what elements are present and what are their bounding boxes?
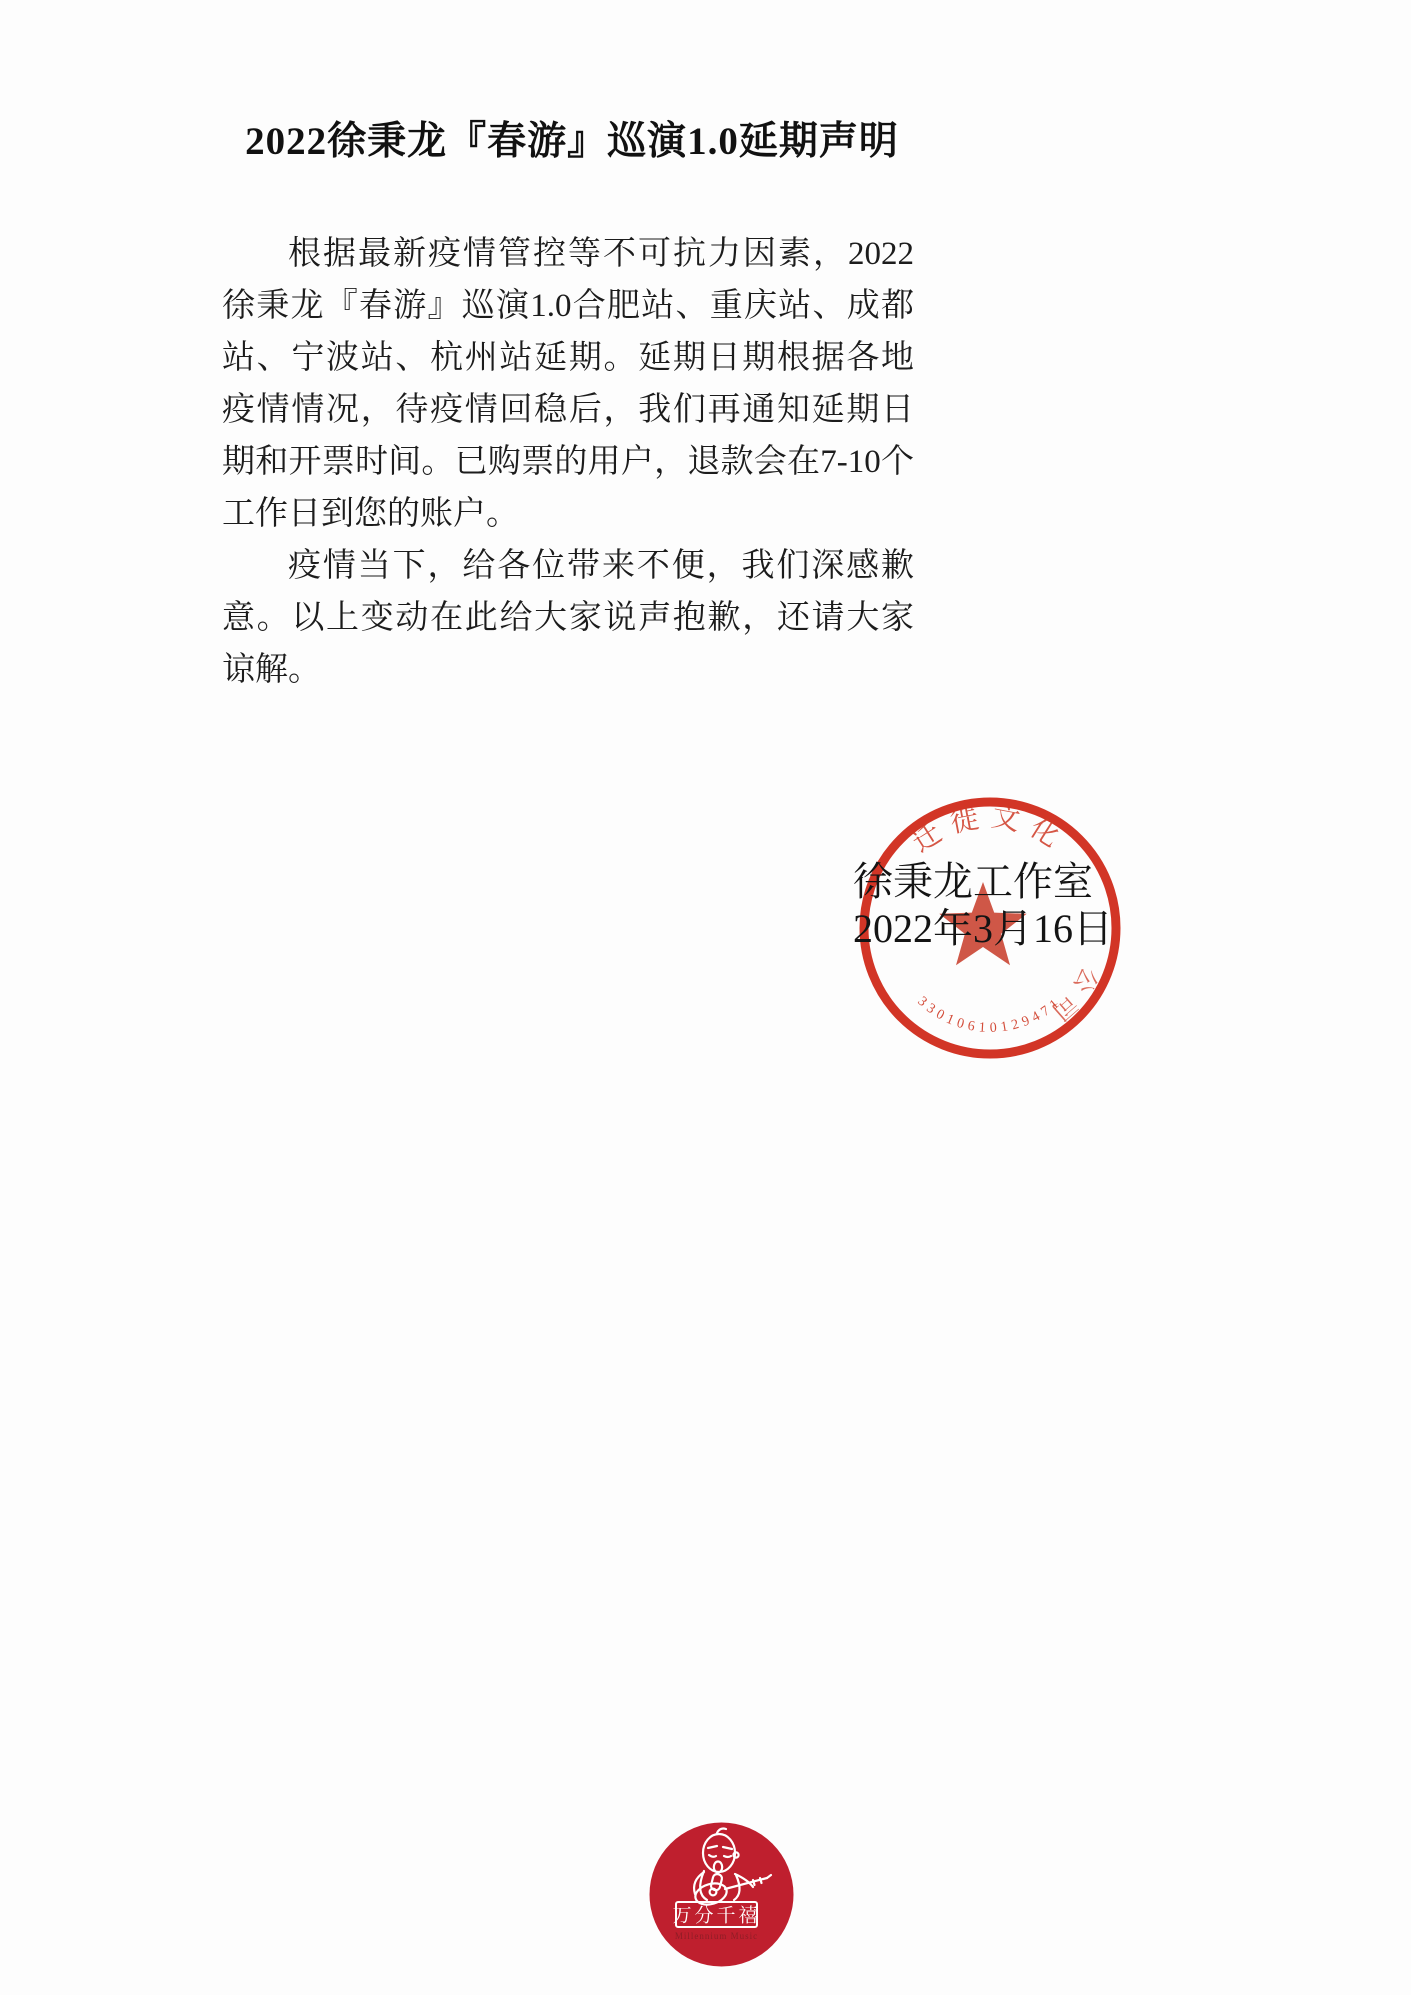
body-paragraph: 根据最新疫情管控等不可抗力因素，2022徐秉龙『春游』巡演1.0合肥站、重庆站、…: [222, 228, 914, 540]
body-paragraph: 疫情当下，给各位带来不便，我们深感歉意。以上变动在此给大家说声抱歉，还请大家谅解…: [222, 540, 914, 696]
svg-text:迁徙文化: 迁徙文化: [907, 801, 1074, 859]
singer-mascot-icon: 万分千禧 Millennium Music: [649, 1822, 794, 1967]
page-title: 2022徐秉龙『春游』巡演1.0延期声明: [222, 116, 922, 168]
studio-logo-subtext: Millennium Music: [675, 1931, 758, 1941]
signature-date: 2022年3月16日: [853, 905, 1113, 952]
studio-logo: 万分千禧 Millennium Music: [649, 1822, 794, 1967]
signature-name: 徐秉龙工作室: [853, 858, 1113, 905]
svg-text:33010610129471: 33010610129471: [914, 994, 1065, 1036]
studio-logo-text: 万分千禧: [672, 1905, 760, 1927]
announcement-body: 根据最新疫情管控等不可抗力因素，2022徐秉龙『春游』巡演1.0合肥站、重庆站、…: [222, 228, 914, 696]
announcement-page: 2022徐秉龙『春游』巡演1.0延期声明 根据最新疫情管控等不可抗力因素，202…: [0, 0, 1411, 1995]
signature-block: 徐秉龙工作室 2022年3月16日: [853, 858, 1113, 952]
seal-serial-number: 33010610129471: [914, 994, 1065, 1036]
seal-ring-text-top: 迁徙文化: [907, 801, 1074, 859]
